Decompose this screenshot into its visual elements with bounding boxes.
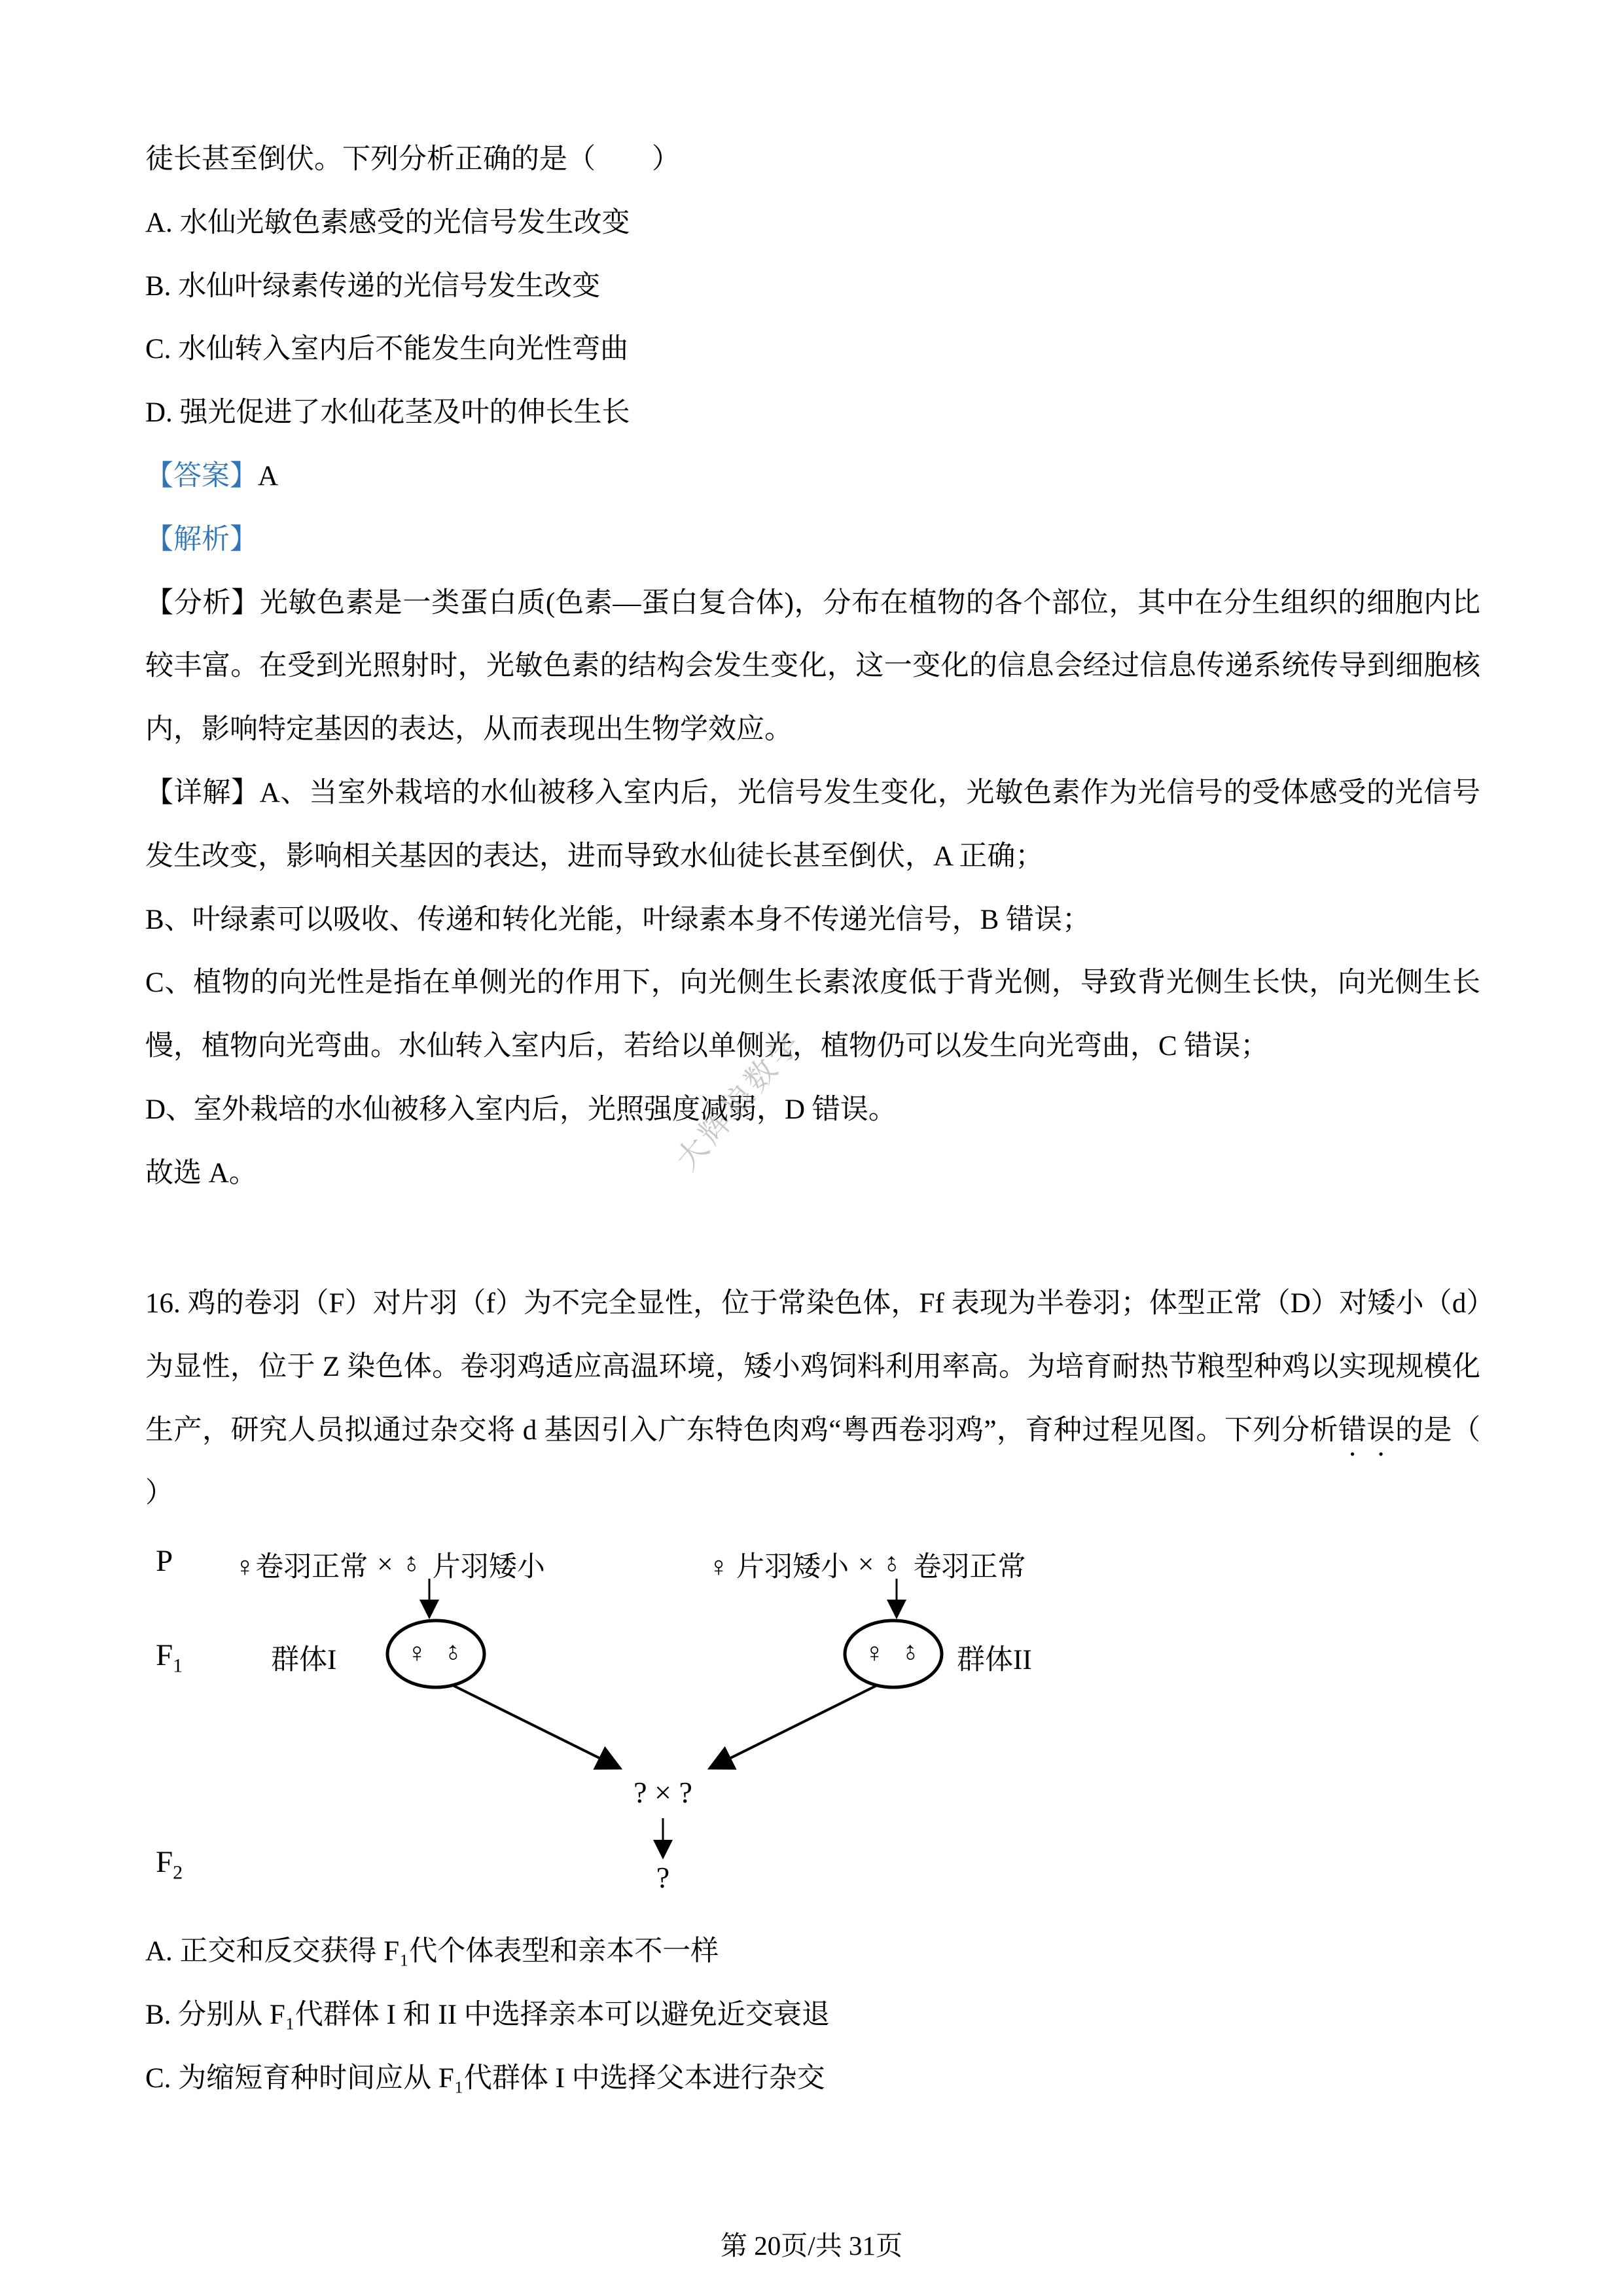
q15-option-a: A. 水仙光敏色素感受的光信号发生改变 <box>145 192 1480 255</box>
group1-label: 群体I <box>271 1638 336 1677</box>
q15-option-c: C. 水仙转入室内后不能发生向光性弯曲 <box>145 318 1480 382</box>
q16-option-c: C. 为缩短育种时间应从 F₁代群体 I 中选择父本进行杂交 <box>145 2047 1480 2111</box>
parent-right-female: ♀ 片羽矮小 <box>708 1545 849 1585</box>
p-generation-label: P <box>156 1543 173 1579</box>
answer-line: 【答案】A <box>145 445 1480 509</box>
q15-option-d: D. 强光促进了水仙花茎及叶的伸长生长 <box>145 382 1480 445</box>
female-icon: ♀ <box>865 1638 885 1669</box>
f2-generation-label: F2 <box>156 1844 183 1884</box>
q16-stem-text: 16. 鸡的卷羽（F）对片羽（f）为不完全显性，位于常染色体，Ff 表现为半卷羽… <box>145 1288 1480 1446</box>
jiexi-label: 【解析】 <box>145 524 258 555</box>
parent-left-female: ♀卷羽正常 <box>234 1545 368 1585</box>
cross-icon: × <box>377 1549 393 1581</box>
q15-section: 徒长甚至倒伏。下列分析正确的是（ ） A. 水仙光敏色素感受的光信号发生改变 B… <box>145 128 1480 1206</box>
male-icon: ♂ <box>893 1636 929 1672</box>
q15-stem-tail: 徒长甚至倒伏。下列分析正确的是（ ） <box>145 128 1480 192</box>
male-icon: ♂ <box>393 1546 430 1583</box>
page-number-footer: 第 20页/共 31页 <box>0 2224 1623 2263</box>
f2-unknown: ? <box>597 1860 728 1895</box>
parent-left-male: 片羽矮小 <box>433 1545 545 1585</box>
group2-label: 群体II <box>957 1638 1032 1677</box>
male-icon: ♂ <box>874 1546 911 1583</box>
q16-stem-emphasis: 错误 <box>1338 1415 1395 1446</box>
xiangjie-c: C、植物的向光性是指在单侧光的作用下，向光侧生长素浓度低于背光侧，导致背光侧生长… <box>145 952 1480 1079</box>
xiangjie-b: B、叶绿素可以吸收、传递和转化光能，叶绿素本身不传递光信号，B 错误； <box>145 889 1480 952</box>
q16-option-a: A. 正交和反交获得 F₁代个体表型和亲本不一样 <box>145 1920 1480 1984</box>
q16-stem: 16. 鸡的卷羽（F）对片羽（f）为不完全显性，位于常染色体，Ff 表现为半卷羽… <box>145 1272 1480 1526</box>
q16-option-b: B. 分别从 F₁代群体 I 和 II 中选择亲本可以避免近交衰退 <box>145 1984 1480 2047</box>
f1-group2-sexes: ♀♂ <box>854 1638 933 1669</box>
male-icon: ♂ <box>435 1636 472 1672</box>
q15-option-b: B. 水仙叶绿素传递的光信号发生改变 <box>145 255 1480 319</box>
answer-label: 【答案】 <box>145 461 258 492</box>
exam-page: 徒长甚至倒伏。下列分析正确的是（ ） A. 水仙光敏色素感受的光信号发生改变 B… <box>0 0 1623 2296</box>
answer-value: A <box>258 461 278 492</box>
jiexi-line: 【解析】 <box>145 509 1480 572</box>
breeding-diagram: P ♀卷羽正常×♂片羽矮小 ♀ 片羽矮小×♂卷羽正常 F1 群体I ♀♂ ♀♂ … <box>145 1525 1480 1931</box>
f1-selected-cross: ? × ? <box>597 1775 728 1810</box>
f1-group1-sexes: ♀♂ <box>397 1638 475 1669</box>
arrow-group2-to-cross <box>712 1685 877 1767</box>
parent-left: ♀卷羽正常×♂片羽矮小 <box>234 1545 545 1585</box>
parent-right-male: 卷羽正常 <box>914 1545 1026 1585</box>
xiangjie-d: D、室外栽培的水仙被移入室内后，光照强度减弱，D 错误。 <box>145 1079 1480 1142</box>
q16-options-block: A. 正交和反交获得 F₁代个体表型和亲本不一样 B. 分别从 F₁代群体 I … <box>145 1920 1480 2110</box>
f1-generation-label: F1 <box>156 1638 183 1677</box>
xiangjie-a: 【详解】A、当室外栽培的水仙被移入室内后，光信号发生变化，光敏色素作为光信号的受… <box>145 762 1480 889</box>
arrow-group1-to-cross <box>453 1685 618 1767</box>
diagram-arrows <box>145 1525 1480 1931</box>
xiangjie-conclusion: 故选 A。 <box>145 1142 1480 1206</box>
q16-stem-block: 16. 鸡的卷羽（F）对片羽（f）为不完全显性，位于常染色体，Ff 表现为半卷羽… <box>145 1272 1480 1526</box>
female-icon: ♀ <box>407 1638 428 1669</box>
cross-icon: × <box>858 1549 874 1581</box>
parent-right: ♀ 片羽矮小×♂卷羽正常 <box>708 1545 1026 1585</box>
fenxi-paragraph: 【分析】光敏色素是一类蛋白质(色素—蛋白复合体)，分布在植物的各个部位，其中在分… <box>145 572 1480 762</box>
